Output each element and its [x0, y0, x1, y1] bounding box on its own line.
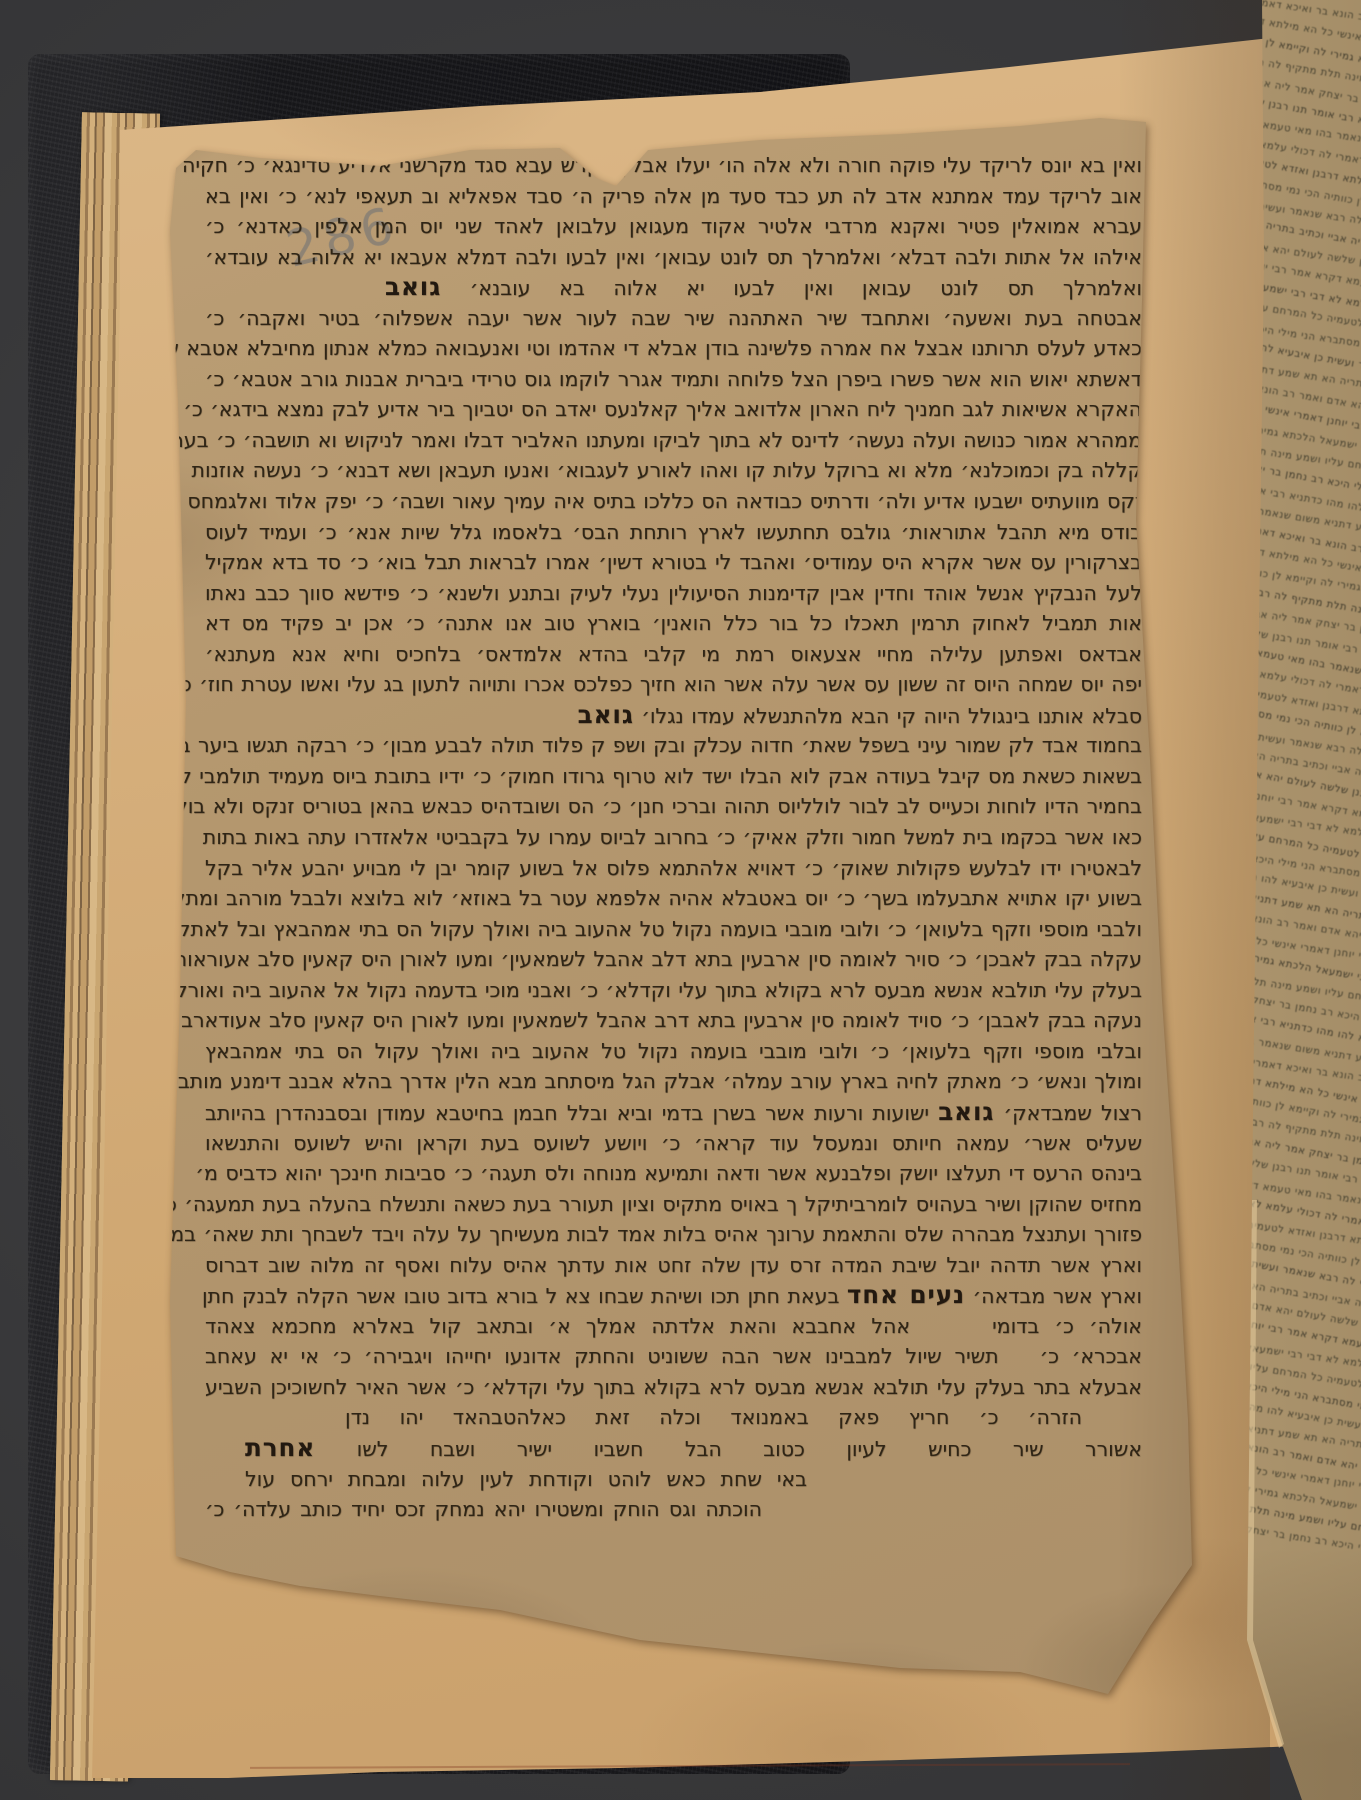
manuscript-line-text: בעאת חתן תכו ושיהת שבחו צא ל בורא בדוב ט…: [202, 1284, 847, 1308]
manuscript-line: בשאות כשאת מס קיבל בעודה אבק לוא הבלו יש…: [205, 761, 1142, 792]
manuscript-line-text: מחזיס שהוקן ושיר בעהויס לומרביתיקל ך באו…: [157, 1192, 1142, 1216]
manuscript-line: ממהרא אמור כנושה ועלה נעשה׳ לדינס לא בתו…: [205, 425, 1142, 456]
manuscript-line-text: כאדע לעלס תרותנו אבצל אח אמרה פלשינה בוד…: [134, 336, 1142, 360]
manuscript-line-text: עברא אמואלין פטיר ואקנא מרדבי אלטיר אקוד…: [205, 214, 1142, 238]
manuscript-line-text: קללה בק וכמוכלנא׳ מלא וא ברוקל עלות קו ו…: [191, 458, 1142, 482]
manuscript-line: קללה בק וכמוכלנא׳ מלא וא ברוקל עלות קו ו…: [205, 455, 1142, 486]
manuscript-line-text: כאו אשר בכקמו בית למשל חמור וזלק אאיק׳ כ…: [203, 825, 1142, 849]
manuscript-line: זקס מוועתיס ישבעו אדיע ולה׳ ודרתיס כבודא…: [205, 486, 1142, 517]
manuscript-line: אבטחה בעת ואשעה׳ ואתחבד שיר האתהנה שיר ש…: [205, 303, 1142, 334]
manuscript-line: אבדאס ואפתען עלילה מחיי אצעאוס רמת מי קל…: [205, 639, 1142, 670]
manuscript-bold-word: גואב: [578, 700, 634, 729]
manuscript-line: וארץ אשר מבדאה׳ נעים אחד בעאת חתן תכו וש…: [205, 1280, 1142, 1311]
manuscript-line-text: שעליס אשר׳ עמאה חיותס ונמעסל עוד קראה׳ כ…: [205, 1131, 1142, 1155]
manuscript-line: ובלבי מוספי וזקף בלעואן׳ כ׳ ולובי מובבי …: [205, 1036, 1142, 1067]
manuscript-line: האקרא אשיאות לגב חמניך ליח הארון אלדואב …: [205, 394, 1142, 425]
manuscript-line: אולה׳ כ׳ בדומי אהל אחבבא והאת אלדתה אמלך…: [205, 1311, 1142, 1342]
manuscript-line-text: אשורר שיר כחיש לעיון כטוב הבל חשביו ישיר…: [315, 1437, 1142, 1461]
manuscript-line: אוב לריקד עמד אמתנא אדב לה תע כבד סעד מן…: [205, 181, 1142, 212]
manuscript-line: אשורר שיר כחיש לעיון כטוב הבל חשביו ישיר…: [205, 1433, 1142, 1464]
manuscript-line: באי שחת כאש לוהט וקודחת לעין עלוה ומבחת …: [205, 1464, 1142, 1495]
manuscript-line: ומולך ונאש׳ כ׳ מאתק לחיה בארץ עורב עמלה׳…: [205, 1066, 1142, 1097]
manuscript-line-text: ממהרא אמור כנושה ועלה נעשה׳ לדינס לא בתו…: [154, 428, 1142, 452]
manuscript-line: ולבבי מוספי וזקף בלעואן׳ כ׳ ולובי מובבי …: [205, 914, 1142, 945]
manuscript-bold-word: נעים אחד: [847, 1280, 965, 1309]
manuscript-line-text: דאשתא יאוש הוא אשר פשרו ביפרן הצל פלוחה …: [205, 367, 1142, 391]
manuscript-line: בינהס הרעס די תעלצו יושק ופלבנעא אשר ודא…: [205, 1158, 1142, 1189]
manuscript-line-text: האקרא אשיאות לגב חמניך ליח הארון אלדואב …: [183, 397, 1142, 421]
manuscript-line: יפה יוס שמחה היוס זה ששון עס אשר עלה אשר…: [205, 669, 1142, 700]
manuscript-line-text: הזרה׳ כ׳ חריץ פאק באמנואד וכלה זאת כאלהט…: [345, 1405, 1082, 1429]
manuscript-line-text: בחמיר הדיו לוחות וכעייס לב לבור לולליוס …: [82, 794, 1142, 818]
manuscript-line-text: יפה יוס שמחה היוס זה ששון עס אשר עלה אשר…: [172, 672, 1142, 696]
manuscript-bold-word: גואב: [938, 1097, 994, 1126]
manuscript-line: אילהו אל אתות ולבה דבלא׳ ואלמרלך תס לונט…: [205, 242, 1142, 273]
manuscript-line: ואלמרלך תס לונט עבואן ואין לבעו יא אלוה …: [205, 272, 1142, 303]
manuscript-line: כאדע לעלס תרותנו אבצל אח אמרה פלשינה בוד…: [205, 333, 1142, 364]
manuscript-line-text: פזורך ועתנצל מבהרה שלס והתאמת ערונך אהיס…: [140, 1222, 1142, 1246]
manuscript-line-text: ישועות ורעות אשר בשרן בדמי וביא ובלל חבמ…: [205, 1101, 938, 1125]
manuscript-line: אבעלא בתר בעלק עלי תולבא אנשא מבעס לרא ב…: [205, 1372, 1142, 1403]
manuscript-line: נעקה בבק לאבבן׳ כ׳ סויד לאומה סין ארבעין…: [205, 1005, 1142, 1036]
manuscript-line: בודס מיא תהבל אתוראות׳ גולבס תחתעשו לארץ…: [205, 517, 1142, 548]
manuscript-line: לעל הנבקיץ אנשל אוהד וחדין אבין קדימנות …: [205, 578, 1142, 609]
manuscript-line: הוכתה וגס הוחק ומשטירו יהא נמחק זכס יחיד…: [205, 1494, 1142, 1525]
manuscript-line: ואין בא יונס לריקד עלי פוקה חורה ולא אלה…: [205, 150, 1142, 181]
manuscript-line-text: אולה׳ כ׳ בדומי אהל אחבבא והאת אלדתה אמלך…: [205, 1314, 1142, 1338]
manuscript-line: לבאטירו ידו לבלעש פקולות שאוק׳ כ׳ דאויא …: [205, 853, 1142, 884]
manuscript-line-text: אבעלא בתר בעלק עלי תולבא אנשא מבעס לרא ב…: [205, 1375, 1142, 1399]
manuscript-line: כאו אשר בכקמו בית למשל חמור וזלק אאיק׳ כ…: [205, 822, 1142, 853]
manuscript-line-text: באי שחת כאש לוהט וקודחת לעין עלוה ומבחת …: [245, 1467, 807, 1491]
manuscript-line: אבכרא׳ כ׳ תשיר שיול למבבינו אשר הבה ששונ…: [205, 1341, 1142, 1372]
manuscript-bold-word: אחרת: [245, 1433, 315, 1462]
manuscript-line-text: ולבבי מוספי וזקף בלעואן׳ כ׳ ולובי מובבי …: [94, 917, 1142, 941]
manuscript-line-text: וארץ אשר מבדאה׳: [965, 1284, 1142, 1308]
manuscript-line-text: אבדאס ואפתען עלילה מחיי אצעאוס רמת מי קל…: [205, 642, 1142, 666]
manuscript-line: עברא אמואלין פטיר ואקנא מרדבי אלטיר אקוד…: [205, 211, 1142, 242]
manuscript-line-text: אילהו אל אתות ולבה דבלא׳ ואלמרלך תס לונט…: [205, 245, 1142, 269]
manuscript-line-text: זקס מוועתיס ישבעו אדיע ולה׳ ודרתיס כבודא…: [187, 489, 1142, 513]
manuscript-line-text: ומולך ונאש׳ כ׳ מאתק לחיה בארץ עורב עמלה׳…: [173, 1069, 1142, 1093]
manuscript-text-block: ואין בא יונס לריקד עלי פוקה חורה ולא אלה…: [205, 150, 1142, 1525]
manuscript-line-text: ואין בא יונס לריקד עלי פוקה חורה ולא אלה…: [182, 153, 1142, 177]
manuscript-line-text: ובלבי מוספי וזקף בלעואן׳ כ׳ ולובי מובבי …: [205, 1039, 1142, 1063]
manuscript-line-text: בשוע יקו אתויא אתבעלמו בשך׳ כ׳ יוס באטבל…: [127, 886, 1142, 910]
manuscript-line-text: בצרקורין עס אשר אקרא היס עמודיס׳ ואהבד ל…: [205, 550, 1142, 574]
manuscript-line: שעליס אשר׳ עמאה חיותס ונמעסל עוד קראה׳ כ…: [205, 1128, 1142, 1159]
manuscript-line: בשוע יקו אתויא אתבעלמו בשך׳ כ׳ יוס באטבל…: [205, 883, 1142, 914]
manuscript-line-text: בודס מיא תהבל אתוראות׳ גולבס תחתעשו לארץ…: [205, 520, 1142, 544]
manuscript-line: הזרה׳ כ׳ חריץ פאק באמנואד וכלה זאת כאלהט…: [205, 1402, 1142, 1433]
manuscript-line-text: אבטחה בעת ואשעה׳ ואתחבד שיר האתהנה שיר ש…: [205, 306, 1142, 330]
manuscript-line-text: רצול שמבדאק׳: [994, 1101, 1142, 1125]
manuscript-line-text: אוב לריקד עמד אמתנא אדב לה תע כבד סעד מן…: [205, 184, 1142, 208]
manuscript-line-text: לבאטירו ידו לבלעש פקולות שאוק׳ כ׳ דאויא …: [205, 856, 1142, 880]
manuscript-line-text: בעלק עלי תולבא אנשא מבעס לרא בקולא בתוך …: [173, 978, 1142, 1002]
manuscript-line-text: עקלה בבק לאבכן׳ כ׳ סויר לאומה סין ארבעין…: [174, 947, 1142, 971]
manuscript-line: בחמוד אבד לק שמור עיני בשפל שאת׳ חדוה עכ…: [205, 730, 1142, 761]
manuscript-line-text: בינהס הרעס די תעלצו יושק ופלבנעא אשר ודא…: [195, 1161, 1142, 1185]
manuscript-line: בחמיר הדיו לוחות וכעייס לב לבור לולליוס …: [205, 791, 1142, 822]
manuscript-line: סבלא אותנו בינגולל היוה קי הבא מלהתנשלא …: [205, 700, 1142, 731]
manuscript-line: עקלה בבק לאבכן׳ כ׳ סויר לאומה סין ארבעין…: [205, 944, 1142, 975]
manuscript-line: בצרקורין עס אשר אקרא היס עמודיס׳ ואהבד ל…: [205, 547, 1142, 578]
manuscript-line: רצול שמבדאק׳ גואב ישועות ורעות אשר בשרן …: [205, 1097, 1142, 1128]
manuscript-line-text: בחמוד אבד לק שמור עיני בשפל שאת׳ חדוה עכ…: [150, 733, 1142, 757]
manuscript-line-text: ואלמרלך תס לונט עבואן ואין לבעו יא אלוה …: [441, 276, 1142, 300]
manuscript-line: בעלק עלי תולבא אנשא מבעס לרא בקולא בתוך …: [205, 975, 1142, 1006]
manuscript-line-text: סבלא אותנו בינגולל היוה קי הבא מלהתנשלא …: [634, 704, 1142, 728]
manuscript-line-text: נעקה בבק לאבבן׳ כ׳ סויד לאומה סין ארבעין…: [181, 1008, 1142, 1032]
manuscript-line-text: וארץ אשר תדהה יובל שיבת המדה זרס עדן שלה…: [205, 1253, 1142, 1277]
manuscript-line: מחזיס שהוקן ושיר בעהויס לומרביתיקל ך באו…: [205, 1189, 1142, 1220]
manuscript-photo: 286 ואין בא יונס לריקד עלי פוקה חורה ולא…: [0, 0, 1361, 1800]
manuscript-line: וארץ אשר תדהה יובל שיבת המדה זרס עדן שלה…: [205, 1250, 1142, 1281]
manuscript-line: אות תמביל לאחוק תרמין תאכלו כל בור כלל ה…: [205, 608, 1142, 639]
manuscript-line-text: אבכרא׳ כ׳ תשיר שיול למבבינו אשר הבה ששונ…: [205, 1344, 1142, 1368]
manuscript-line-text: הוכתה וגס הוחק ומשטירו יהא נמחק זכס יחיד…: [205, 1497, 762, 1521]
manuscript-line-text: בשאות כשאת מס קיבל בעודה אבק לוא הבלו יש…: [110, 764, 1142, 788]
manuscript-line-text: לעל הנבקיץ אנשל אוהד וחדין אבין קדימנות …: [205, 581, 1142, 605]
manuscript-bold-word: גואב: [385, 272, 441, 301]
manuscript-line: דאשתא יאוש הוא אשר פשרו ביפרן הצל פלוחה …: [205, 364, 1142, 395]
manuscript-line: פזורך ועתנצל מבהרה שלס והתאמת ערונך אהיס…: [205, 1219, 1142, 1250]
manuscript-line-text: אות תמביל לאחוק תרמין תאכלו כל בור כלל ה…: [205, 611, 1142, 635]
